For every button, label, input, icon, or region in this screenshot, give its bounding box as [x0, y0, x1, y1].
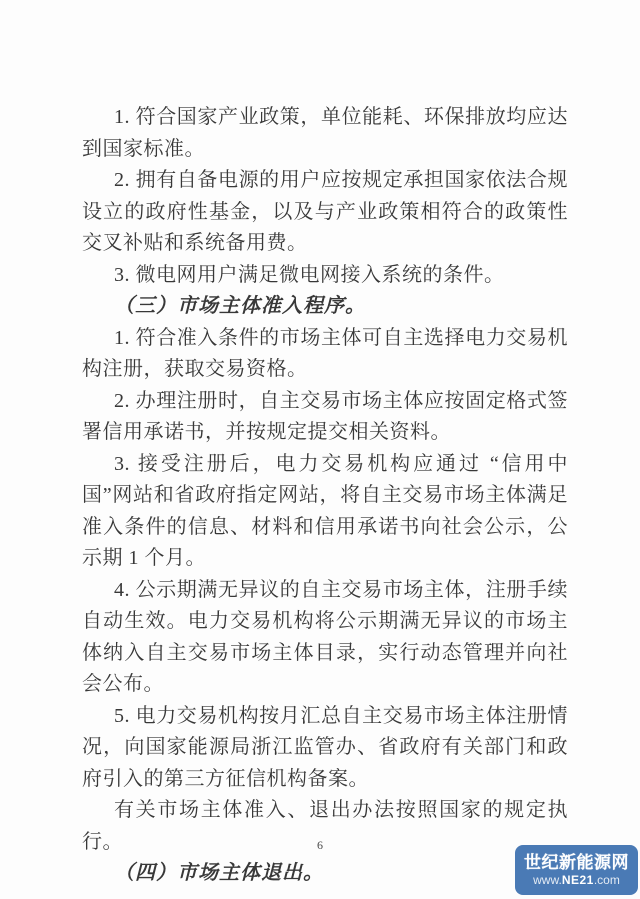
paragraph: 3. 接受注册后，电力交易机构应通过 “信用中国”网站和省政府指定网站，将自主交… — [82, 449, 568, 575]
paragraph: 5. 电力交易机构按月汇总自主交易市场主体注册情况，向国家能源局浙江监管办、省政… — [82, 701, 568, 796]
section-heading: （四）市场主体退出。 — [82, 858, 568, 890]
document-page: 1. 符合国家产业政策，单位能耗、环保排放均应达到国家标准。2. 拥有自备电源的… — [0, 0, 640, 899]
paragraph: 4. 公示期满无异议的自主交易市场主体，注册手续自动生效。电力交易机构将公示期满… — [82, 575, 568, 701]
watermark-url-domain: NE21 — [562, 873, 594, 887]
paragraph: 2. 办理注册时，自主交易市场主体应按固定格式签署信用承诺书，并按规定提交相关资… — [82, 386, 568, 449]
paragraph: 2. 拥有自备电源的用户应按规定承担国家依法合规设立的政府性基金，以及与产业政策… — [82, 165, 568, 260]
watermark-logo: 世纪新能源网 www.NE21.com — [515, 845, 638, 895]
section-heading: （三）市场主体准入程序。 — [82, 291, 568, 323]
paragraph: 1. 符合国家产业政策，单位能耗、环保排放均应达到国家标准。 — [82, 102, 568, 165]
watermark-url: www.NE21.com — [533, 873, 620, 888]
document-text-block: 1. 符合国家产业政策，单位能耗、环保排放均应达到国家标准。2. 拥有自备电源的… — [82, 102, 568, 890]
paragraph: 3. 微电网用户满足微电网接入系统的条件。 — [82, 260, 568, 292]
watermark-site-name: 世纪新能源网 — [524, 853, 629, 873]
watermark-url-prefix: www. — [533, 873, 562, 887]
paragraph: 1. 符合准入条件的市场主体可自主选择电力交易机构注册，获取交易资格。 — [82, 323, 568, 386]
watermark-url-suffix: .com — [594, 873, 620, 887]
